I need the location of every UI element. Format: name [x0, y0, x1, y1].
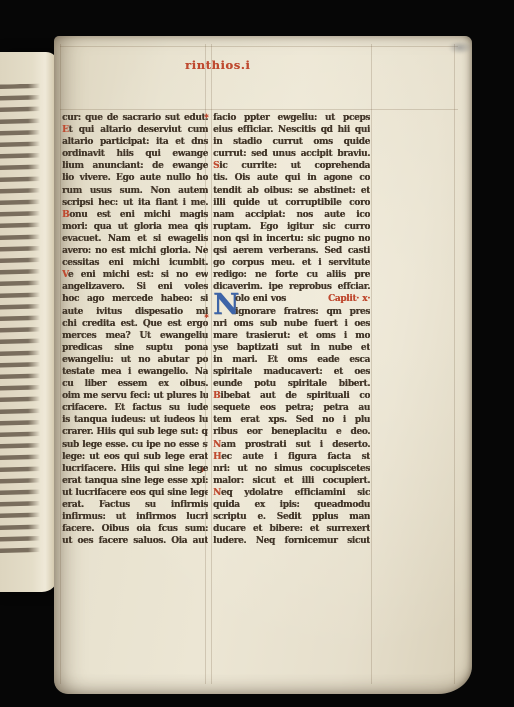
facing-page-text-blur	[0, 83, 40, 554]
text-line: mare trasierut: et oms i mo	[213, 330, 370, 342]
ruling-line-vertical	[211, 44, 212, 684]
text-line: evacuet. Nam et si ewagelis	[62, 233, 208, 245]
chapter-10-block: N olo eni vos Caplit· x· ignorare fratre…	[213, 293, 370, 547]
text-line: tem erat xps. Sed no i plu	[213, 414, 370, 426]
text-line: sequete eos petra; petra au	[213, 402, 370, 414]
text-line: lege: ut eos qui sub lege erat	[62, 451, 208, 463]
text-line: Sic currite: ut coprehenda	[213, 160, 370, 172]
text-column-right: facio ppter ewgeliu: ut pcepseius effici…	[213, 112, 370, 547]
running-title: rinthios.i	[185, 58, 250, 72]
text-line: erat tanqua sine lege esse xpi:	[62, 475, 208, 487]
text-line: non qsi in incertu: sic pugno no	[213, 233, 370, 245]
ruling-line-vertical	[454, 44, 455, 684]
text-line: spiritale maducavert: et oes	[213, 366, 370, 378]
illuminated-initial-N: N	[213, 293, 235, 317]
ruling-line-horizontal	[60, 109, 458, 110]
text-line: eius efficiar. Nescitis qd hii qui	[213, 124, 370, 136]
rubricated-capital: H	[213, 452, 221, 462]
text-line: redigo: ne forte cu aliis pre	[213, 269, 370, 281]
text-line: aute ivitus dispesatio mi	[62, 306, 208, 318]
text-line: facere. Oibus oia fcus sum:	[62, 523, 208, 535]
text-line: mori: qua ut gloria mea qis	[62, 221, 208, 233]
text-line: infirmus: ut infirmos lucri	[62, 511, 208, 523]
text-line: lucrifacere. Hiis qui sine lege	[62, 463, 208, 475]
text-line: altario participat: ita et dns	[62, 136, 208, 148]
text-line: cessitas eni michi icumbit.	[62, 257, 208, 269]
rubricated-capital: N	[213, 440, 221, 450]
text-line: oim me servu feci: ut plures lu	[62, 390, 208, 402]
text-line: lio vivere. Ego aute nullo ho	[62, 172, 208, 184]
rubricated-capital: B	[62, 210, 69, 220]
text-line: currut: sed unus accipit braviu.	[213, 148, 370, 160]
text-line: yse baptizati sut in nube et	[213, 342, 370, 354]
text-line: Ve eni michi est: si no ew	[62, 269, 208, 281]
rubricated-capital: S	[213, 161, 219, 171]
text-line: Et qui altario deserviut cum	[62, 124, 208, 136]
text-line: Hec aute i figura facta st	[213, 451, 370, 463]
text-line: scriptu e. Sedit pplus man	[213, 511, 370, 523]
text-line: ruptam. Ego igitur sic curro	[213, 221, 370, 233]
chapter-first-line: olo eni vos Caplit· x·	[235, 293, 370, 305]
text-line: in mari. Et oms eade esca	[213, 354, 370, 366]
rubricated-capital: N	[213, 488, 221, 498]
text-line: ignorare fratres: qm pres	[235, 306, 370, 318]
folio-smudge	[448, 41, 472, 54]
chapter-first-line-text: olo eni vos	[235, 293, 286, 305]
text-line: Bonu est eni michi magis	[62, 209, 208, 221]
text-line: qsi aerem verberans. Sed casti	[213, 245, 370, 257]
text-line: go corpus meu. et i servitute	[213, 257, 370, 269]
text-line: quida ex ipis: queadmodu	[213, 499, 370, 511]
text-line: ut lucrifacere eos qui sine lege	[62, 487, 208, 499]
text-line: tendit ab oibus: se abstinet: et	[213, 185, 370, 197]
text-line: Bibebat aut de spirituali co	[213, 390, 370, 402]
text-line: tis. Ois aute qui in agone co	[213, 172, 370, 184]
text-line: avero: no est michi gloria. Ne	[62, 245, 208, 257]
text-line: facio ppter ewgeliu: ut pceps	[213, 112, 370, 124]
text-line: ducare et bibere: et surrexert	[213, 523, 370, 535]
text-line: ribus eor beneplacitu e deo.	[213, 426, 370, 438]
text-line: testate mea i ewangelio. Na	[62, 366, 208, 378]
text-line: Neq ydolatre efficiamini sic	[213, 487, 370, 499]
pre-chapter-text: facio ppter ewgeliu: ut pcepseius effici…	[213, 112, 370, 293]
text-column-left: cur: que de sacrario sut edut.Et qui alt…	[62, 112, 208, 547]
text-line: merces mea? Ut ewangeliu	[62, 330, 208, 342]
ruling-line-vertical	[371, 44, 372, 684]
text-line: ut oes facere saluos. Oia aut	[62, 535, 208, 547]
chapter-heading-rubric: Caplit· x·	[328, 293, 370, 305]
text-line: crarer. Hiis qui sub lege sut: qsi	[62, 426, 208, 438]
text-line: Nam prostrati sut i deserto.	[213, 439, 370, 451]
text-line: ewangeliu: ut no abutar po	[62, 354, 208, 366]
text-line: sub lege esse. cu ipe no esse sub	[62, 439, 208, 451]
text-line: in stadio currut oms quide	[213, 136, 370, 148]
text-line: ordinavit hiis qui ewange	[62, 148, 208, 160]
text-line: lium anunciant: de ewange	[62, 160, 208, 172]
ruling-line-horizontal	[60, 46, 458, 47]
text-line: eunde potu spiritale bibert.	[213, 378, 370, 390]
text-line: crifacere. Et factus su iude	[62, 402, 208, 414]
rubricated-capital: B	[213, 391, 220, 401]
text-line: hoc ago mercede habeo: si	[62, 293, 208, 305]
text-line: erat. Factus su infirmis	[62, 499, 208, 511]
text-line: rum usus sum. Non autem	[62, 185, 208, 197]
manuscript-page: rinthios.i ✱ ✱ ✱ cur: que de sacrario su…	[54, 36, 472, 694]
text-line: malor: sicut et illi cocupiert.	[213, 475, 370, 487]
ruling-line-vertical	[60, 44, 61, 684]
text-line: predicas sine suptu pona	[62, 342, 208, 354]
text-line: chi credita est. Que est ergo	[62, 318, 208, 330]
rubricated-capital: E	[62, 125, 69, 135]
text-line: scripsi hec: ut ita fiant i me.	[62, 197, 208, 209]
facing-page-edge	[0, 52, 58, 592]
text-line: cu liber essem ex oibus.	[62, 378, 208, 390]
manuscript-photograph: rinthios.i ✱ ✱ ✱ cur: que de sacrario su…	[0, 0, 514, 707]
text-line: illi quide ut corruptibile coro	[213, 197, 370, 209]
text-line: ludere. Neq fornicemur sicut	[213, 535, 370, 547]
rubricated-capital: V	[62, 270, 68, 280]
text-line: angelizavero. Si eni voles	[62, 281, 208, 293]
text-line: is tanqua iudeus: ut iudeos lu	[62, 414, 208, 426]
text-line: nam accipiat: nos aute ico	[213, 209, 370, 221]
text-line: nri oms sub nube fuert i oes	[213, 318, 370, 330]
text-line: nri: ut no simus cocupiscetes	[213, 463, 370, 475]
text-line: cur: que de sacrario sut edut.	[62, 112, 208, 124]
